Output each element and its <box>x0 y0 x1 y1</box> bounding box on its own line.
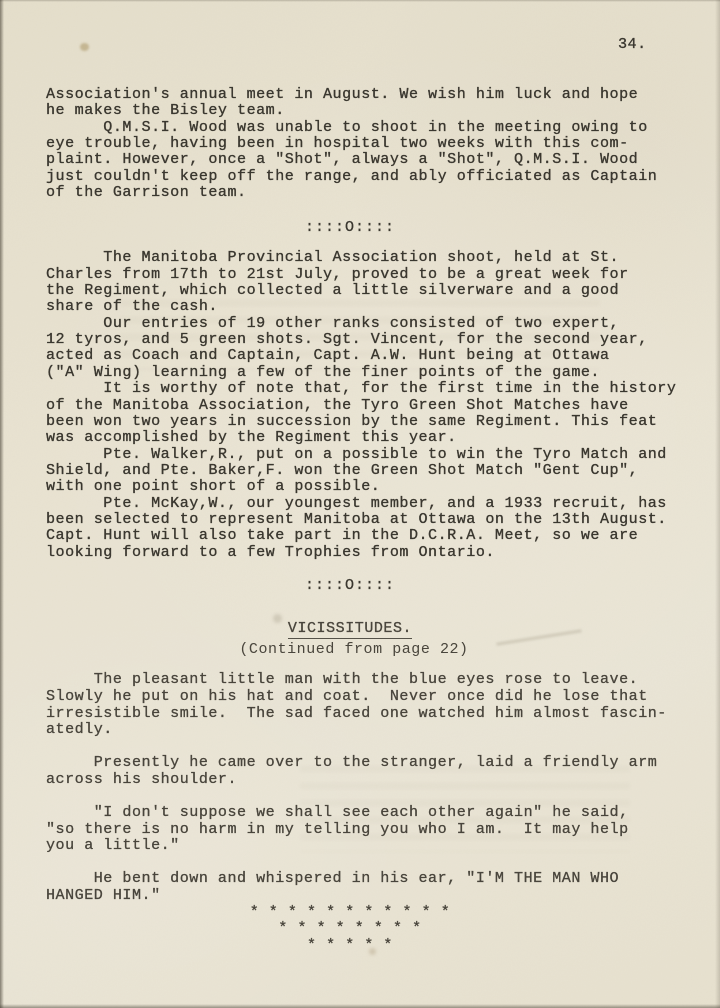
scanned-page: 34. Association's annual meet in August.… <box>0 0 720 1008</box>
text-line: the Regiment, which collected a little s… <box>46 283 694 299</box>
paragraph: Presently he came over to the stranger, … <box>46 755 694 789</box>
text-line: It is worthy of note that, for the first… <box>46 381 694 397</box>
asterisk-row: * * * * * * * * * * * <box>26 905 674 921</box>
asterisk-pyramid: * * * * * * * * * * ** * * * * * * ** * … <box>46 905 694 954</box>
text-line: just couldn't keep off the range, and ab… <box>46 169 694 185</box>
asterisk-row: * * * * * <box>26 938 674 954</box>
text-line: across his shoulder. <box>46 772 694 789</box>
text-line: HANGED HIM." <box>46 888 694 905</box>
text-line: plaint. However, once a "Shot", always a… <box>46 152 694 168</box>
text-line: Charles from 17th to 21st July, proved t… <box>46 267 694 283</box>
text-line: Pte. McKay,W., our youngest member, and … <box>46 496 694 512</box>
paper-stain <box>80 43 89 51</box>
text-line: you a little." <box>46 838 694 855</box>
text-line: Capt. Hunt will also take part in the D.… <box>46 528 694 544</box>
text-line: Our entries of 19 other ranks consisted … <box>46 316 694 332</box>
text-line: irresistible smile. The sad faced one wa… <box>46 706 694 723</box>
paragraph: Q.M.S.I. Wood was unable to shoot in the… <box>46 120 694 202</box>
provincial-shoot-paragraphs: The Manitoba Provincial Association shoo… <box>46 250 694 561</box>
text-line: 12 tyros, and 5 green shots. Sgt. Vincen… <box>46 332 694 348</box>
text-line: Slowly he put on his hat and coat. Never… <box>46 689 694 706</box>
text-line: looking forward to a few Trophies from O… <box>46 545 694 561</box>
meet-report-paragraphs: Association's annual meet in August. We … <box>46 87 694 201</box>
story-title-text: VICISSITUDES. <box>288 620 412 639</box>
text-line: Pte. Walker,R., put on a possible to win… <box>46 447 694 463</box>
text-line: "so there is no harm in my telling you w… <box>46 822 694 839</box>
paragraph: Association's annual meet in August. We … <box>46 87 694 120</box>
text-line: "I don't suppose we shall see each other… <box>46 805 694 822</box>
text-line: He bent down and whispered in his ear, "… <box>46 871 694 888</box>
text-line: been won two years in succession by the … <box>46 414 694 430</box>
text-line: acted as Coach and Captain, Capt. A.W. H… <box>46 348 694 364</box>
text-line: Q.M.S.I. Wood was unable to shoot in the… <box>46 120 694 136</box>
text-line: Shield, and Pte. Baker,F. won the Green … <box>46 463 694 479</box>
text-line: ("A" Wing) learning a few of the finer p… <box>46 365 694 381</box>
text-line: eye trouble, having been in hospital two… <box>46 136 694 152</box>
text-line: Presently he came over to the stranger, … <box>46 755 694 772</box>
page-edge-shadow-top <box>0 0 720 2</box>
paragraph: The pleasant little man with the blue ey… <box>46 672 694 739</box>
paragraph: It is worthy of note that, for the first… <box>46 381 694 446</box>
asterisk-row: * * * * * * * * <box>26 921 674 937</box>
text-line: of the Garrison team. <box>46 185 694 201</box>
text-line: atedly. <box>46 722 694 739</box>
section-divider: ::::O:::: <box>26 578 674 594</box>
page-number: 34. <box>618 36 647 53</box>
typewritten-column: Association's annual meet in August. We … <box>46 87 694 954</box>
page-edge-shadow-right <box>715 0 720 1008</box>
text-line: he makes the Bisley team. <box>46 103 694 119</box>
paragraph: Pte. Walker,R., put on a possible to win… <box>46 447 694 496</box>
paragraph: Our entries of 19 other ranks consisted … <box>46 316 694 381</box>
paragraph: Pte. McKay,W., our youngest member, and … <box>46 496 694 561</box>
story-paragraphs: The pleasant little man with the blue ey… <box>46 672 694 905</box>
section-divider: ::::O:::: <box>26 220 674 236</box>
story-subtitle: (Continued from page 22) <box>30 641 678 658</box>
vicissitudes-section: VICISSITUDES. (Continued from page 22) T… <box>46 620 694 954</box>
paragraph: He bent down and whispered in his ear, "… <box>46 871 694 905</box>
text-line: with one point short of a possible. <box>46 479 694 495</box>
paragraph: The Manitoba Provincial Association shoo… <box>46 250 694 315</box>
text-line: Association's annual meet in August. We … <box>46 87 694 103</box>
page-edge-shadow-left <box>0 0 4 1008</box>
text-line: was accomplished by the Regiment this ye… <box>46 430 694 446</box>
text-line: The pleasant little man with the blue ey… <box>46 672 694 689</box>
text-line: share of the cash. <box>46 299 694 315</box>
text-line: of the Manitoba Association, the Tyro Gr… <box>46 398 694 414</box>
text-line: been selected to represent Manitoba at O… <box>46 512 694 528</box>
text-line: The Manitoba Provincial Association shoo… <box>46 250 694 266</box>
page-edge-shadow-bottom <box>0 1004 720 1008</box>
story-title: VICISSITUDES. <box>26 620 674 637</box>
paragraph: "I don't suppose we shall see each other… <box>46 805 694 855</box>
